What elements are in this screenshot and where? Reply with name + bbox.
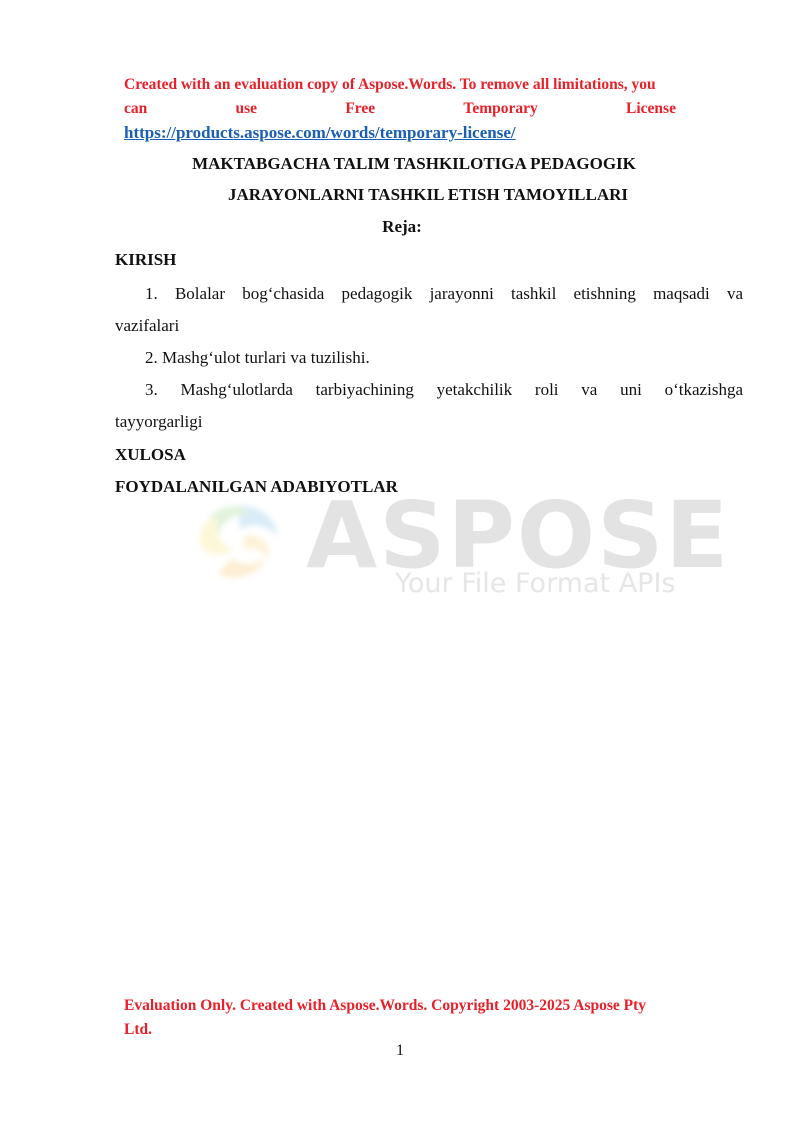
eval-word: use [236,97,258,121]
document-page: Created with an evaluation copy of Aspos… [0,0,800,1130]
aspose-watermark: ASPOSE Your File Format APIs [188,490,678,610]
page-number: 1 [0,1042,800,1060]
evaluation-notice-line2: can use Free Temporary License [124,97,676,121]
evaluation-notice-header: Created with an evaluation copy of Aspos… [124,73,676,146]
aspose-logo-icon [188,496,288,586]
intro-heading: KIRISH [115,250,176,270]
document-title-line1: MAKTABGACHA TALIM TASHKILOTIGA PEDAGOGIK [14,154,800,174]
temporary-license-link[interactable]: https://products.aspose.com/words/tempor… [124,121,516,145]
plan-item-continuation: vazifalari [115,310,743,342]
plan-item-text: 2. Mashg‘ulot turlari va tuzilishi. [145,348,370,367]
plan-item: 2. Mashg‘ulot turlari va tuzilishi. [115,342,743,374]
references-heading: FOYDALANILGAN ADABIYOTLAR [115,477,398,497]
plan-item: 1. Bolalar bog‘chasida pedagogik jarayon… [115,278,743,342]
watermark-tagline: Your File Format APIs [395,568,676,599]
eval-word: License [626,97,676,121]
plan-label: Reja: [2,217,800,237]
evaluation-notice-footer: Evaluation Only. Created with Aspose.Wor… [124,994,676,1042]
plan-item: 3. Mashg‘ulotlarda tarbiyachining yetakc… [115,374,743,438]
conclusion-heading: XULOSA [115,445,186,465]
plan-item-text: 3. Mashg‘ulotlarda tarbiyachining yetakc… [115,374,743,406]
plan-item-text: 1. Bolalar bog‘chasida pedagogik jarayon… [115,278,743,310]
eval-word: Temporary [463,97,537,121]
eval-word: Free [345,97,375,121]
plan-item-continuation: tayyorgarligi [115,406,743,438]
document-title-line2: JARAYONLARNI TASHKIL ETISH TAMOYILLARI [28,185,800,205]
watermark-brand: ASPOSE [306,482,730,589]
eval-word: can [124,97,147,121]
evaluation-notice-line1: Created with an evaluation copy of Aspos… [124,73,676,97]
